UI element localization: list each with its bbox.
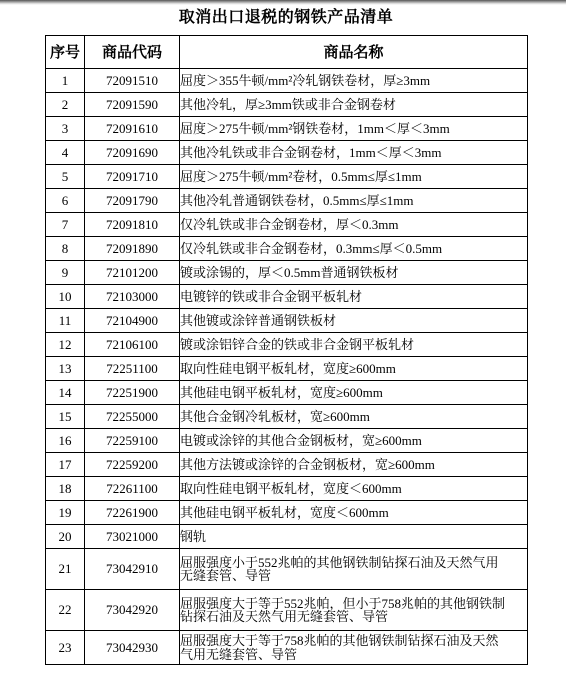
- product-name-line: 钢轨: [180, 530, 527, 544]
- product-name: 电镀锌的铁或非合金钢平板轧材: [180, 285, 528, 309]
- product-name-line: 电镀或涂锌的其他合金钢板材，宽≥600mm: [180, 434, 527, 448]
- product-code: 72261100: [85, 477, 180, 501]
- row-index: 4: [46, 141, 85, 165]
- product-code: 72104900: [85, 309, 180, 333]
- header-name: 商品名称: [180, 36, 528, 69]
- product-name-line: 镀或涂锡的，厚＜0.5mm普通钢铁板材: [180, 266, 527, 280]
- product-name-line: 取向性硅电钢平板轧材，宽度≥600mm: [180, 362, 527, 376]
- product-name-line: 其他合金钢冷轧板材，宽≥600mm: [180, 410, 527, 424]
- product-name: 屈度＞355牛顿/mm²冷轧钢铁卷材，厚≥3mm: [180, 69, 528, 93]
- product-name: 镀或涂铝锌合金的铁或非合金钢平板轧材: [180, 333, 528, 357]
- table-row: 2173042910屈服强度小于552兆帕的其他钢铁制钻探石油及天然气用无缝套管…: [46, 549, 528, 590]
- table-row: 1372251100取向性硅电钢平板轧材，宽度≥600mm: [46, 357, 528, 381]
- row-index: 6: [46, 189, 85, 213]
- product-name-line: 屈度＞355牛顿/mm²冷轧钢铁卷材，厚≥3mm: [180, 74, 527, 88]
- product-name-line: 取向性硅电钢平板轧材，宽度＜600mm: [180, 482, 527, 496]
- document-title: 取消出口退税的钢铁产品清单: [45, 7, 527, 27]
- product-name: 其他合金钢冷轧板材，宽≥600mm: [180, 405, 528, 429]
- row-index: 1: [46, 69, 85, 93]
- row-index: 22: [46, 590, 85, 631]
- table-row: 172091510屈度＞355牛顿/mm²冷轧钢铁卷材，厚≥3mm: [46, 69, 528, 93]
- table-row: 1772259200其他方法镀或涂锌的合金钢板材，宽≥600mm: [46, 453, 528, 477]
- product-name-line: 无缝套管、导管: [180, 569, 527, 583]
- product-name: 其他冷轧普通钢铁卷材，0.5mm≤厚≤1mm: [180, 189, 528, 213]
- product-name-line: 仅冷轧铁或非合金钢卷材，0.3mm≤厚＜0.5mm: [180, 242, 527, 256]
- row-index: 5: [46, 165, 85, 189]
- row-index: 7: [46, 213, 85, 237]
- product-code: 73021000: [85, 525, 180, 549]
- product-name: 其他镀或涂锌普通钢铁板材: [180, 309, 528, 333]
- product-name-line: 仅冷轧铁或非合金钢卷材，厚＜0.3mm: [180, 218, 527, 232]
- row-index: 2: [46, 93, 85, 117]
- product-code: 72091610: [85, 117, 180, 141]
- row-index: 3: [46, 117, 85, 141]
- product-name: 取向性硅电钢平板轧材，宽度≥600mm: [180, 357, 528, 381]
- row-index: 18: [46, 477, 85, 501]
- product-code: 72103000: [85, 285, 180, 309]
- product-name-line: 其他硅电钢平板轧材，宽度≥600mm: [180, 386, 527, 400]
- table-row: 2273042920屈服强度大于等于552兆帕，但小于758兆帕的其他钢铁制钻探…: [46, 590, 528, 631]
- table-row: 872091890仅冷轧铁或非合金钢卷材，0.3mm≤厚＜0.5mm: [46, 237, 528, 261]
- table-row: 1672259100电镀或涂锌的其他合金钢板材，宽≥600mm: [46, 429, 528, 453]
- product-name: 钢轨: [180, 525, 528, 549]
- product-name: 其他冷轧，厚≥3mm铁或非合金钢卷材: [180, 93, 528, 117]
- product-code: 73042930: [85, 631, 180, 665]
- table-row: 972101200镀或涂锡的，厚＜0.5mm普通钢铁板材: [46, 261, 528, 285]
- product-name: 屈服强度大于等于552兆帕，但小于758兆帕的其他钢铁制钻探石油及天然气用无缝套…: [180, 590, 528, 631]
- table-row: 1572255000其他合金钢冷轧板材，宽≥600mm: [46, 405, 528, 429]
- table-row: 572091710屈度＞275牛顿/mm²卷材，0.5mm≤厚≤1mm: [46, 165, 528, 189]
- product-name-line: 屈度＞275牛顿/mm²钢铁卷材，1mm＜厚＜3mm: [180, 122, 527, 136]
- table-body: 172091510屈度＞355牛顿/mm²冷轧钢铁卷材，厚≥3mm2720915…: [46, 69, 528, 665]
- row-index: 9: [46, 261, 85, 285]
- product-code: 72091790: [85, 189, 180, 213]
- product-code: 72091510: [85, 69, 180, 93]
- product-code: 72091690: [85, 141, 180, 165]
- row-index: 19: [46, 501, 85, 525]
- table-row: 272091590其他冷轧，厚≥3mm铁或非合金钢卷材: [46, 93, 528, 117]
- table-row: 1472251900其他硅电钢平板轧材，宽度≥600mm: [46, 381, 528, 405]
- row-index: 12: [46, 333, 85, 357]
- row-index: 15: [46, 405, 85, 429]
- product-name-line: 其他冷轧铁或非合金钢卷材，1mm＜厚＜3mm: [180, 146, 527, 160]
- product-code: 73042920: [85, 590, 180, 631]
- product-name: 仅冷轧铁或非合金钢卷材，厚＜0.3mm: [180, 213, 528, 237]
- product-name: 其他硅电钢平板轧材，宽度＜600mm: [180, 501, 528, 525]
- product-name-line: 镀或涂铝锌合金的铁或非合金钢平板轧材: [180, 338, 527, 352]
- product-name-line: 屈服强度小于552兆帕的其他钢铁制钻探石油及天然气用: [180, 556, 527, 570]
- product-code: 72106100: [85, 333, 180, 357]
- table-row: 1072103000电镀锌的铁或非合金钢平板轧材: [46, 285, 528, 309]
- product-name: 镀或涂锡的，厚＜0.5mm普通钢铁板材: [180, 261, 528, 285]
- product-code: 72091590: [85, 93, 180, 117]
- product-name-line: 电镀锌的铁或非合金钢平板轧材: [180, 290, 527, 304]
- product-code: 72255000: [85, 405, 180, 429]
- table-row: 1972261900其他硅电钢平板轧材，宽度＜600mm: [46, 501, 528, 525]
- product-code: 72091810: [85, 213, 180, 237]
- table-row: 772091810仅冷轧铁或非合金钢卷材，厚＜0.3mm: [46, 213, 528, 237]
- product-code: 72251900: [85, 381, 180, 405]
- product-name-line: 屈度＞275牛顿/mm²卷材，0.5mm≤厚≤1mm: [180, 170, 527, 184]
- table-row: 2073021000钢轨: [46, 525, 528, 549]
- product-name: 屈服强度大于等于758兆帕的其他钢铁制钻探石油及天然气用无缝套管、导管: [180, 631, 528, 665]
- row-index: 11: [46, 309, 85, 333]
- product-code: 72091890: [85, 237, 180, 261]
- product-name-line: 其他硅电钢平板轧材，宽度＜600mm: [180, 506, 527, 520]
- row-index: 14: [46, 381, 85, 405]
- row-index: 23: [46, 631, 85, 665]
- table-row: 1272106100镀或涂铝锌合金的铁或非合金钢平板轧材: [46, 333, 528, 357]
- product-name: 屈度＞275牛顿/mm²钢铁卷材，1mm＜厚＜3mm: [180, 117, 528, 141]
- table-row: 1872261100取向性硅电钢平板轧材，宽度＜600mm: [46, 477, 528, 501]
- product-name-line: 其他镀或涂锌普通钢铁板材: [180, 314, 527, 328]
- product-name-line: 其他冷轧，厚≥3mm铁或非合金钢卷材: [180, 98, 527, 112]
- table-row: 1172104900其他镀或涂锌普通钢铁板材: [46, 309, 528, 333]
- product-code: 72251100: [85, 357, 180, 381]
- table-header-row: 序号 商品代码 商品名称: [46, 36, 528, 69]
- product-name: 其他硅电钢平板轧材，宽度≥600mm: [180, 381, 528, 405]
- product-code: 73042910: [85, 549, 180, 590]
- steel-products-table: 序号 商品代码 商品名称 172091510屈度＞355牛顿/mm²冷轧钢铁卷材…: [45, 35, 528, 665]
- product-name: 其他冷轧铁或非合金钢卷材，1mm＜厚＜3mm: [180, 141, 528, 165]
- product-name-line: 其他方法镀或涂锌的合金钢板材，宽≥600mm: [180, 458, 527, 472]
- product-code: 72091710: [85, 165, 180, 189]
- row-index: 17: [46, 453, 85, 477]
- header-index: 序号: [46, 36, 85, 69]
- row-index: 8: [46, 237, 85, 261]
- row-index: 16: [46, 429, 85, 453]
- table-row: 372091610屈度＞275牛顿/mm²钢铁卷材，1mm＜厚＜3mm: [46, 117, 528, 141]
- product-name-line: 气用无缝套管、导管: [180, 648, 527, 662]
- product-name: 取向性硅电钢平板轧材，宽度＜600mm: [180, 477, 528, 501]
- product-code: 72259100: [85, 429, 180, 453]
- product-name-line: 屈服强度大于等于758兆帕的其他钢铁制钻探石油及天然: [180, 634, 527, 648]
- product-code: 72101200: [85, 261, 180, 285]
- product-name: 仅冷轧铁或非合金钢卷材，0.3mm≤厚＜0.5mm: [180, 237, 528, 261]
- table-row: 2373042930屈服强度大于等于758兆帕的其他钢铁制钻探石油及天然气用无缝…: [46, 631, 528, 665]
- product-code: 72261900: [85, 501, 180, 525]
- product-code: 72259200: [85, 453, 180, 477]
- row-index: 21: [46, 549, 85, 590]
- product-name: 屈度＞275牛顿/mm²卷材，0.5mm≤厚≤1mm: [180, 165, 528, 189]
- row-index: 20: [46, 525, 85, 549]
- table-row: 472091690其他冷轧铁或非合金钢卷材，1mm＜厚＜3mm: [46, 141, 528, 165]
- product-name: 电镀或涂锌的其他合金钢板材，宽≥600mm: [180, 429, 528, 453]
- table-row: 672091790其他冷轧普通钢铁卷材，0.5mm≤厚≤1mm: [46, 189, 528, 213]
- row-index: 10: [46, 285, 85, 309]
- product-name-line: 钻探石油及天然气用无缝套管、导管: [180, 610, 527, 624]
- product-name: 屈服强度小于552兆帕的其他钢铁制钻探石油及天然气用无缝套管、导管: [180, 549, 528, 590]
- product-name: 其他方法镀或涂锌的合金钢板材，宽≥600mm: [180, 453, 528, 477]
- product-name-line: 其他冷轧普通钢铁卷材，0.5mm≤厚≤1mm: [180, 194, 527, 208]
- product-name-line: 屈服强度大于等于552兆帕，但小于758兆帕的其他钢铁制: [180, 597, 527, 611]
- viewer-top-shadow: [0, 0, 566, 5]
- header-code: 商品代码: [85, 36, 180, 69]
- row-index: 13: [46, 357, 85, 381]
